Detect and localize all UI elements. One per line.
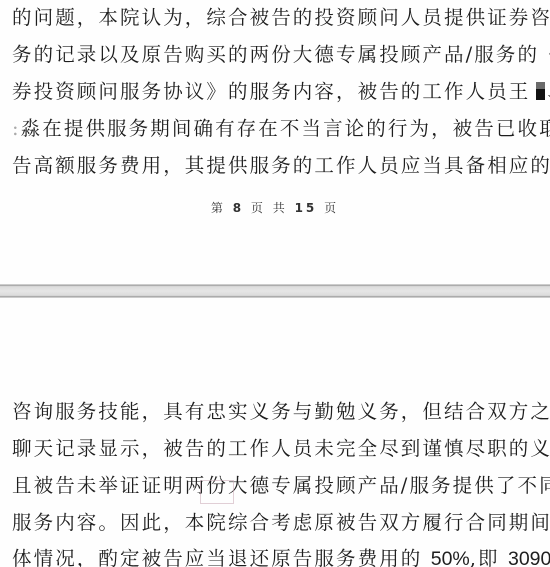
total-pages-number: 15	[295, 201, 318, 215]
text-line: 告高额服务费用，其提供服务的工作人员应当具备相应的证券	[12, 154, 542, 178]
footer-suffix: 页	[324, 201, 339, 215]
redaction-mark	[536, 82, 545, 100]
text-line: 聊天记录显示，被告的工作人员未完全尽到谨慎尽职的义务，	[12, 437, 542, 461]
text-line: 咨询服务技能，具有忠实义务与勤勉义务，但结合双方之间的	[12, 400, 542, 424]
current-page-number: 8	[233, 201, 244, 215]
text-line: 服务内容。因此，本院综合考虑原被告双方履行合同期间、具	[12, 511, 542, 535]
text-segment: 体情况，酌定被告应当退还原告服务费用的	[12, 547, 422, 567]
footer-prefix: 第	[211, 201, 226, 215]
text-line: 务的记录以及原告购买的两份大德专属投顾产品/服务的《证	[12, 43, 542, 67]
refund-amount: 309040	[508, 548, 550, 567]
text-line: 且被告未举证证明两份大德专属投顾产品/服务提供了不同的	[12, 474, 542, 498]
text-line: :淼在提供服务期间确有存在不当言论的行为，被告已收取原	[12, 117, 542, 141]
footer-middle: 页 共	[251, 201, 288, 215]
text-segment: 在提供服务期间确有存在不当言论的行为，被告已收取原	[42, 117, 550, 140]
text-segment: ,即	[470, 547, 500, 567]
page-number-footer: 第 8 页 共 15 页	[0, 199, 550, 216]
page-break-divider	[0, 284, 550, 298]
refund-percent: 50%	[431, 548, 470, 567]
text-segment: 券投资顾问服务协议》的服务内容，被告的工作人员王	[12, 80, 530, 103]
document-page-9: 咨询服务技能，具有忠实义务与勤勉义务，但结合双方之间的 聊天记录显示，被告的工作…	[0, 298, 550, 567]
text-line: 券投资顾问服务协议》的服务内容，被告的工作人员王、陈	[12, 80, 542, 104]
text-line: 体情况，酌定被告应当退还原告服务费用的 50%,即 309040 元。	[12, 547, 542, 567]
document-page-8: 的问题，本院认为，综合被告的投资顾问人员提供证券咨询服 务的记录以及原告购买的两…	[0, 0, 550, 284]
text-line: 的问题，本院认为，综合被告的投资顾问人员提供证券咨询服	[12, 6, 542, 30]
redaction-mark: :	[12, 117, 21, 140]
text-segment: 淼	[21, 117, 43, 140]
